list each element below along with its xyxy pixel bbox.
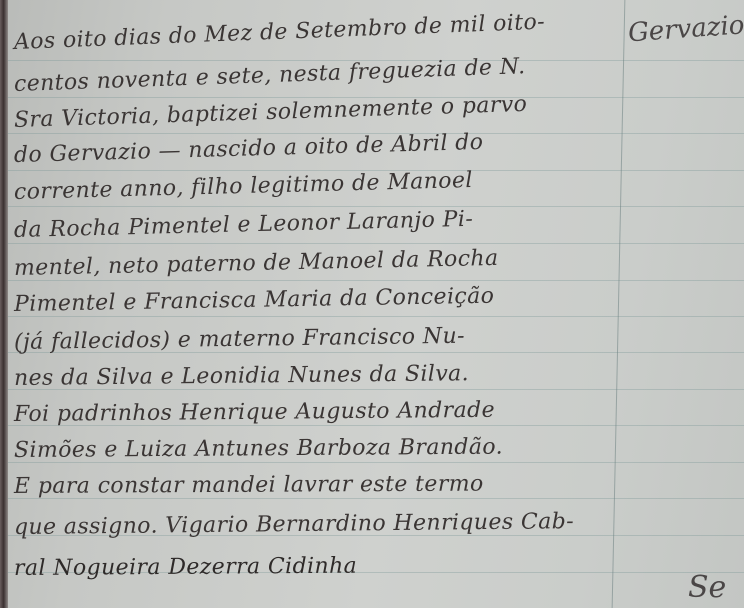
- ruled-line: [8, 316, 744, 317]
- text-line-13: E para constar mandei lavrar este termo: [14, 472, 484, 499]
- margin-bottom-fragment: Se: [688, 570, 726, 605]
- text-line-6: da Rocha Pimentel e Leonor Laranjo Pi-: [14, 207, 474, 243]
- text-line-4: do Gervazio — nascido a oito de Abril do: [14, 130, 484, 168]
- signature-line: ral Nogueira Dezerra Cidinha: [14, 554, 357, 581]
- text-line-8: Pimentel e Francisca Maria da Conceição: [14, 284, 495, 317]
- text-line-5: corrente anno, filho legitimo de Manoel: [14, 168, 473, 205]
- margin-name-gervazio: Gervazio:: [627, 10, 744, 49]
- ledger-page: Gervazio: Se Aos oito dias do Mez de Set…: [0, 0, 744, 608]
- text-line-11: Foi padrinhos Henrique Augusto Andrade: [14, 398, 495, 427]
- text-line-12: Simões e Luiza Antunes Barboza Brandão.: [14, 435, 503, 463]
- ruled-line: [8, 243, 744, 244]
- book-binding-edge: [0, 0, 8, 608]
- margin-rule: [612, 0, 626, 608]
- text-line-1: Aos oito dias do Mez de Setembro de mil …: [14, 10, 546, 55]
- ruled-line: [8, 206, 744, 207]
- text-line-3: Sra Victoria, baptizei solemnemente o pa…: [14, 92, 528, 133]
- text-line-7: mentel, neto paterno de Manoel da Rocha: [14, 246, 499, 281]
- text-line-10: nes da Silva e Leonidia Nunes da Silva.: [14, 361, 469, 391]
- text-line-9: (já fallecidos) e materno Francisco Nu-: [14, 324, 465, 355]
- ruled-line: [8, 280, 744, 281]
